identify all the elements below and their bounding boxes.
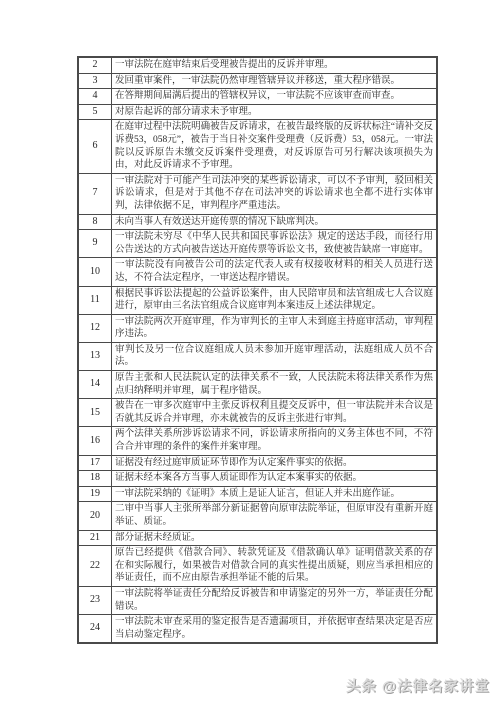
table-row: 20二审中当事人主张所举部分新证据曾向原审法院举证，但原审没有重新开庭举证、质证… (78, 502, 437, 530)
row-number: 8 (78, 214, 112, 230)
table-row: 4在答辩期间届满后提出的管辖权异议，一审法院不应该审查而审查。 (78, 89, 437, 105)
table-row: 17证据没有经过庭审质证环节即作为认定案件事实的依据。 (78, 455, 437, 471)
row-number: 19 (78, 486, 112, 502)
table-row: 21部分证据未经质证。 (78, 530, 437, 546)
row-number: 7 (78, 173, 112, 214)
table-row: 22原告已经提供《借款合同》、转款凭证及《借款确认单》证明借款关系的存在和实际履… (78, 546, 437, 587)
row-number: 2 (78, 57, 112, 73)
row-text: 发回重审案件，一审法院仍然审理管辖异议并移送，重大程序错误。 (112, 73, 438, 89)
row-number: 5 (78, 104, 112, 120)
table-row: 14原告主张和人民法院认定的法律关系不一致，人民法院未将法律关系作为焦点归纳释明… (78, 371, 437, 399)
table-row: 5对原告起诉的部分请求未予审理。 (78, 104, 437, 120)
row-number: 16 (78, 427, 112, 455)
row-text: 根据民事诉讼法提起的公益诉讼案件，由人民陪审员和法官组成七人合议庭进行，原审由三… (112, 286, 438, 314)
row-number: 21 (78, 530, 112, 546)
row-text: 审判长及另一位合议庭组成人员未参加开庭审理活动，法庭组成人员不合法。 (112, 342, 438, 370)
row-text: 原告已经提供《借款合同》、转款凭证及《借款确认单》证明借款关系的存在和实际履行，… (112, 546, 438, 587)
table-row: 9一审法院未穷尽《中华人民共和国民事诉讼法》规定的送达手段，而径行用公告送达的方… (78, 230, 437, 258)
row-text: 一审法院没有向被告公司的法定代表人或有权接收材料的相关人员进行送达，不符合法定程… (112, 258, 438, 286)
row-number: 3 (78, 73, 112, 89)
table-row: 13审判长及另一位合议庭组成人员未参加开庭审理活动，法庭组成人员不合法。 (78, 342, 437, 370)
table-row: 15被告在一审多次庭审中主张反诉权利且提交反诉中，但一审法院并未合议是否就其反诉… (78, 399, 437, 427)
toutiao-watermark: 头条 @法律名家讲堂 (346, 675, 490, 696)
table-row: 10一审法院没有向被告公司的法定代表人或有权接收材料的相关人员进行送达，不符合法… (78, 258, 437, 286)
table-row: 24一审法院未审查采用的鉴定报告是否遗漏项目，并依据审查结果决定是否应当启动鉴定… (78, 615, 437, 644)
row-text: 部分证据未经质证。 (112, 530, 438, 546)
table-body: 2一审法院在庭审结束后受理被告提出的反诉并审理。3发回重审案件，一审法院仍然审理… (78, 57, 437, 643)
row-number: 11 (78, 286, 112, 314)
row-text: 一审法院未审查采用的鉴定报告是否遗漏项目，并依据审查结果决定是否应当启动鉴定程序… (112, 615, 438, 644)
row-text: 一审法院在庭审结束后受理被告提出的反诉并审理。 (112, 57, 438, 73)
row-text: 一审法院未穷尽《中华人民共和国民事诉讼法》规定的送达手段，而径行用公告送达的方式… (112, 230, 438, 258)
row-text: 一审法院两次开庭审理，作为审判长的主审人未到庭主持庭审活动，审判程序违法。 (112, 314, 438, 342)
table-row: 11根据民事诉讼法提起的公益诉讼案件，由人民陪审员和法官组成七人合议庭进行，原审… (78, 286, 437, 314)
document-page: 2一审法院在庭审结束后受理被告提出的反诉并审理。3发回重审案件，一审法院仍然审理… (0, 0, 500, 707)
table-row: 16两个法律关系所涉诉讼请求不同，诉讼请求所指向的义务主体也不同，不符合合并审理… (78, 427, 437, 455)
row-text: 原告主张和人民法院认定的法律关系不一致，人民法院未将法律关系作为焦点归纳释明并审… (112, 371, 438, 399)
row-number: 18 (78, 471, 112, 487)
row-text: 证据没有经过庭审质证环节即作为认定案件事实的依据。 (112, 455, 438, 471)
table-row: 6在庭审过程中法院明确被告反诉请求，在被告最终版的反诉状标注“请补交反诉费53，… (78, 120, 437, 173)
row-text: 二审中当事人主张所举部分新证据曾向原审法院举证，但原审没有重新开庭举证、质证。 (112, 502, 438, 530)
row-number: 23 (78, 586, 112, 614)
table-row: 3发回重审案件，一审法院仍然审理管辖异议并移送，重大程序错误。 (78, 73, 437, 89)
table-row: 12一审法院两次开庭审理，作为审判长的主审人未到庭主持庭审活动，审判程序违法。 (78, 314, 437, 342)
row-text: 对原告起诉的部分请求未予审理。 (112, 104, 438, 120)
table-row: 8未向当事人有效送达开庭传票的情况下缺席判决。 (78, 214, 437, 230)
row-number: 13 (78, 342, 112, 370)
row-number: 6 (78, 120, 112, 173)
row-number: 4 (78, 89, 112, 105)
row-number: 10 (78, 258, 112, 286)
table-row: 18证据未经本案各方当事人质证即作为认定本案事实的依据。 (78, 471, 437, 487)
trial-procedure-errors-table: 2一审法院在庭审结束后受理被告提出的反诉并审理。3发回重审案件，一审法院仍然审理… (77, 56, 438, 644)
table-row: 7一审法院对于可能产生司法冲突的某些诉讼请求，可以不予审判，驳回相关诉讼请求，但… (78, 173, 437, 214)
row-text: 一审法院采纳的《证明》本质上是证人证言，但证人并未出庭作证。 (112, 486, 438, 502)
row-text: 在庭审过程中法院明确被告反诉请求，在被告最终版的反诉状标注“请补交反诉费53，0… (112, 120, 438, 173)
table-row: 2一审法院在庭审结束后受理被告提出的反诉并审理。 (78, 57, 437, 73)
table-row: 23一审法院将举证责任分配给反诉被告和申请鉴定的另外一方，举证责任分配错误。 (78, 586, 437, 614)
row-text: 证据未经本案各方当事人质证即作为认定本案事实的依据。 (112, 471, 438, 487)
table-row: 19一审法院采纳的《证明》本质上是证人证言，但证人并未出庭作证。 (78, 486, 437, 502)
row-number: 9 (78, 230, 112, 258)
row-number: 22 (78, 546, 112, 587)
row-number: 15 (78, 399, 112, 427)
row-text: 一审法院对于可能产生司法冲突的某些诉讼请求，可以不予审判，驳回相关诉讼请求，但是… (112, 173, 438, 214)
row-text: 两个法律关系所涉诉讼请求不同，诉讼请求所指向的义务主体也不同，不符合合并审理的条… (112, 427, 438, 455)
row-number: 20 (78, 502, 112, 530)
row-number: 17 (78, 455, 112, 471)
row-number: 12 (78, 314, 112, 342)
row-text: 未向当事人有效送达开庭传票的情况下缺席判决。 (112, 214, 438, 230)
row-number: 24 (78, 615, 112, 644)
row-number: 14 (78, 371, 112, 399)
row-text: 被告在一审多次庭审中主张反诉权利且提交反诉中，但一审法院并未合议是否就其反诉合并… (112, 399, 438, 427)
row-text: 在答辩期间届满后提出的管辖权异议，一审法院不应该审查而审查。 (112, 89, 438, 105)
row-text: 一审法院将举证责任分配给反诉被告和申请鉴定的另外一方，举证责任分配错误。 (112, 586, 438, 614)
